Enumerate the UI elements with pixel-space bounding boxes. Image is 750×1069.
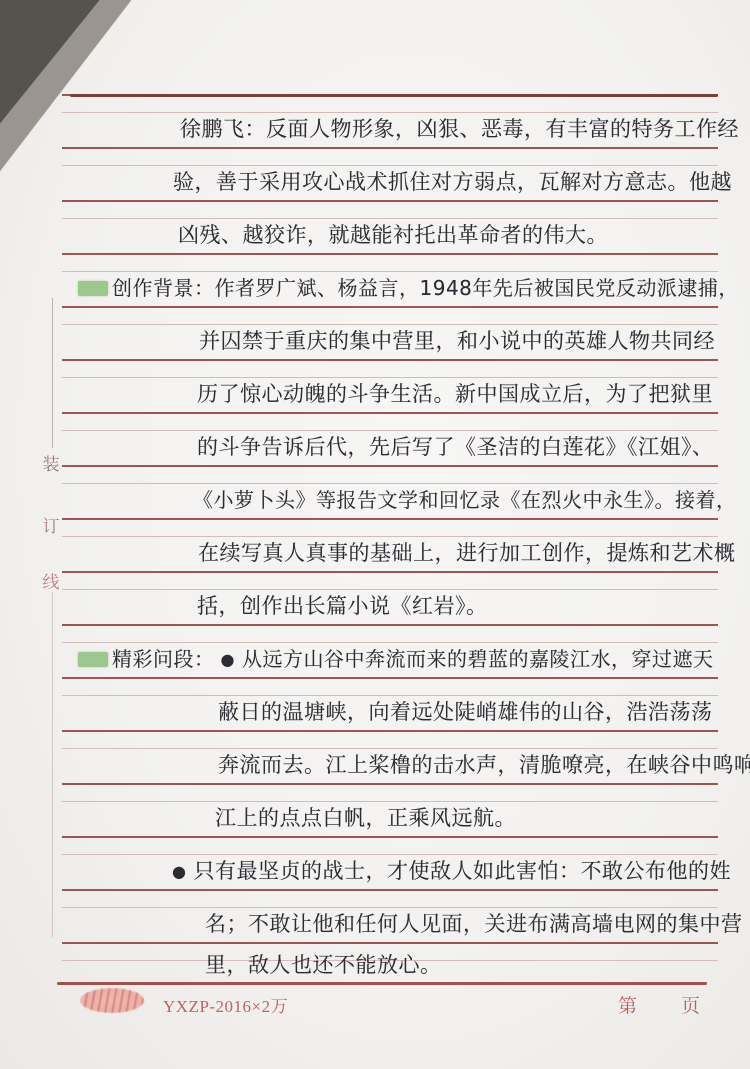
handwriting-row-section: 精彩问段：●从远方山谷中奔流而来的碧蓝的嘉陵江水，穿过遮天 bbox=[78, 644, 713, 675]
section-label: 创作背景： bbox=[112, 276, 215, 300]
green-highlight-mark bbox=[78, 652, 108, 667]
binding-line-upper bbox=[52, 298, 53, 448]
binding-char-zhuang: 装 bbox=[38, 450, 64, 475]
handwriting-row: 在续写真人真事的基础上，进行加工创作，提炼和艺术概 bbox=[198, 538, 736, 569]
handwriting-row: 验，善于采用攻心战术抓住对方弱点，瓦解对方意志。他越 bbox=[173, 167, 732, 198]
page-number-suffix: 页 bbox=[681, 991, 700, 1018]
handwriting-text: 蔽日的温塘峡，向着远处陡峭雄伟的山谷，浩浩荡荡 bbox=[218, 700, 713, 724]
handwriting-row: 名；不敢让他和任何人见面，关进布满高墙电网的集中营 bbox=[205, 909, 743, 940]
handwriting-row: 奔流而去。江上桨橹的击水声，清脆嘹亮，在峡谷中鸣响； bbox=[218, 750, 750, 781]
handwriting-row: 凶残、越狡诈，就越能衬托出革命者的伟大。 bbox=[178, 220, 608, 251]
handwriting-row: 徐鹏飞：反面人物形象，凶狠、恶毒，有丰富的特务工作经 bbox=[180, 114, 739, 145]
binding-line-lower bbox=[52, 592, 53, 937]
notebook-page-photo: 装 订 线 徐鹏飞：反面人物形象，凶狠、恶毒，有丰富的特务工作经 验，善于采用攻… bbox=[0, 0, 750, 1069]
bottom-rule bbox=[57, 982, 707, 985]
binding-char-ding: 订 bbox=[38, 512, 64, 537]
handwriting-row: 蔽日的温塘峡，向着远处陡峭雄伟的山谷，浩浩荡荡 bbox=[218, 697, 713, 728]
handwriting-row: 历了惊心动魄的斗争生活。新中国成立后，为了把狱里 bbox=[197, 379, 713, 410]
binding-char-xian: 线 bbox=[38, 568, 64, 593]
handwriting-text: 名；不敢让他和任何人见面，关进布满高墙电网的集中营 bbox=[205, 912, 743, 936]
bullet-dot: ● bbox=[172, 856, 186, 887]
handwriting-text: 括，创作出长篇小说《红岩》。 bbox=[197, 594, 488, 618]
handwriting-row: 的斗争告诉后代，先后写了《圣洁的白莲花》《江姐》、 bbox=[197, 432, 714, 463]
page-number-prefix: 第 bbox=[618, 991, 637, 1018]
green-highlight-mark bbox=[78, 281, 108, 296]
handwriting-text: 的斗争告诉后代，先后写了《圣洁的白莲花》《江姐》、 bbox=[197, 435, 714, 459]
top-rule bbox=[70, 94, 718, 97]
handwriting-row: 《小萝卜头》等报告文学和回忆录《在烈火中永生》。接着， bbox=[193, 485, 737, 516]
handwriting-row-section: 创作背景：作者罗广斌、杨益言，1948年先后被国民党反动派逮捕， bbox=[78, 273, 739, 304]
bullet-dot: ● bbox=[221, 644, 235, 675]
paper-model-code: YXZP-2016×2万 bbox=[163, 992, 288, 1017]
handwriting-text: 徐鹏飞：反面人物形象，凶狠、恶毒，有丰富的特务工作经 bbox=[180, 117, 739, 141]
handwriting-text: 并囚禁于重庆的集中营里，和小说中的英雄人物共同经 bbox=[199, 329, 715, 353]
brand-stamp-icon bbox=[80, 988, 144, 1013]
handwriting-row: 并囚禁于重庆的集中营里，和小说中的英雄人物共同经 bbox=[199, 326, 715, 357]
handwriting-text: 只有最坚贞的战士，才使敌人如此害怕：不敢公布他的姓 bbox=[193, 859, 731, 883]
handwriting-text: 从远方山谷中奔流而来的碧蓝的嘉陵江水，穿过遮天 bbox=[242, 647, 714, 671]
handwriting-text: 凶残、越狡诈，就越能衬托出革命者的伟大。 bbox=[178, 223, 608, 247]
handwriting-row-bullet: ●只有最坚贞的战士，才使敌人如此害怕：不敢公布他的姓 bbox=[166, 856, 731, 887]
handwriting-text: 在续写真人真事的基础上，进行加工创作，提炼和艺术概 bbox=[198, 541, 736, 565]
handwriting-text: 江上的点点白帆，正乘风远航。 bbox=[215, 806, 516, 830]
handwriting-row: 江上的点点白帆，正乘风远航。 bbox=[215, 803, 516, 834]
handwriting-text: 奔流而去。江上桨橹的击水声，清脆嘹亮，在峡谷中鸣响； bbox=[218, 753, 750, 777]
handwriting-text: 验，善于采用攻心战术抓住对方弱点，瓦解对方意志。他越 bbox=[173, 170, 732, 194]
handwriting-text: 里，敌人也还不能放心。 bbox=[205, 953, 442, 977]
handwriting-text: 作者罗广斌、杨益言，1948年先后被国民党反动派逮捕， bbox=[215, 276, 739, 300]
handwriting-text: 《小萝卜头》等报告文学和回忆录《在烈火中永生》。接着， bbox=[193, 488, 737, 512]
handwriting-text: 历了惊心动魄的斗争生活。新中国成立后，为了把狱里 bbox=[197, 382, 713, 406]
handwriting-row: 括，创作出长篇小说《红岩》。 bbox=[197, 591, 488, 622]
handwriting-row: 里，敌人也还不能放心。 bbox=[205, 950, 442, 981]
section-label: 精彩问段： bbox=[112, 647, 215, 671]
